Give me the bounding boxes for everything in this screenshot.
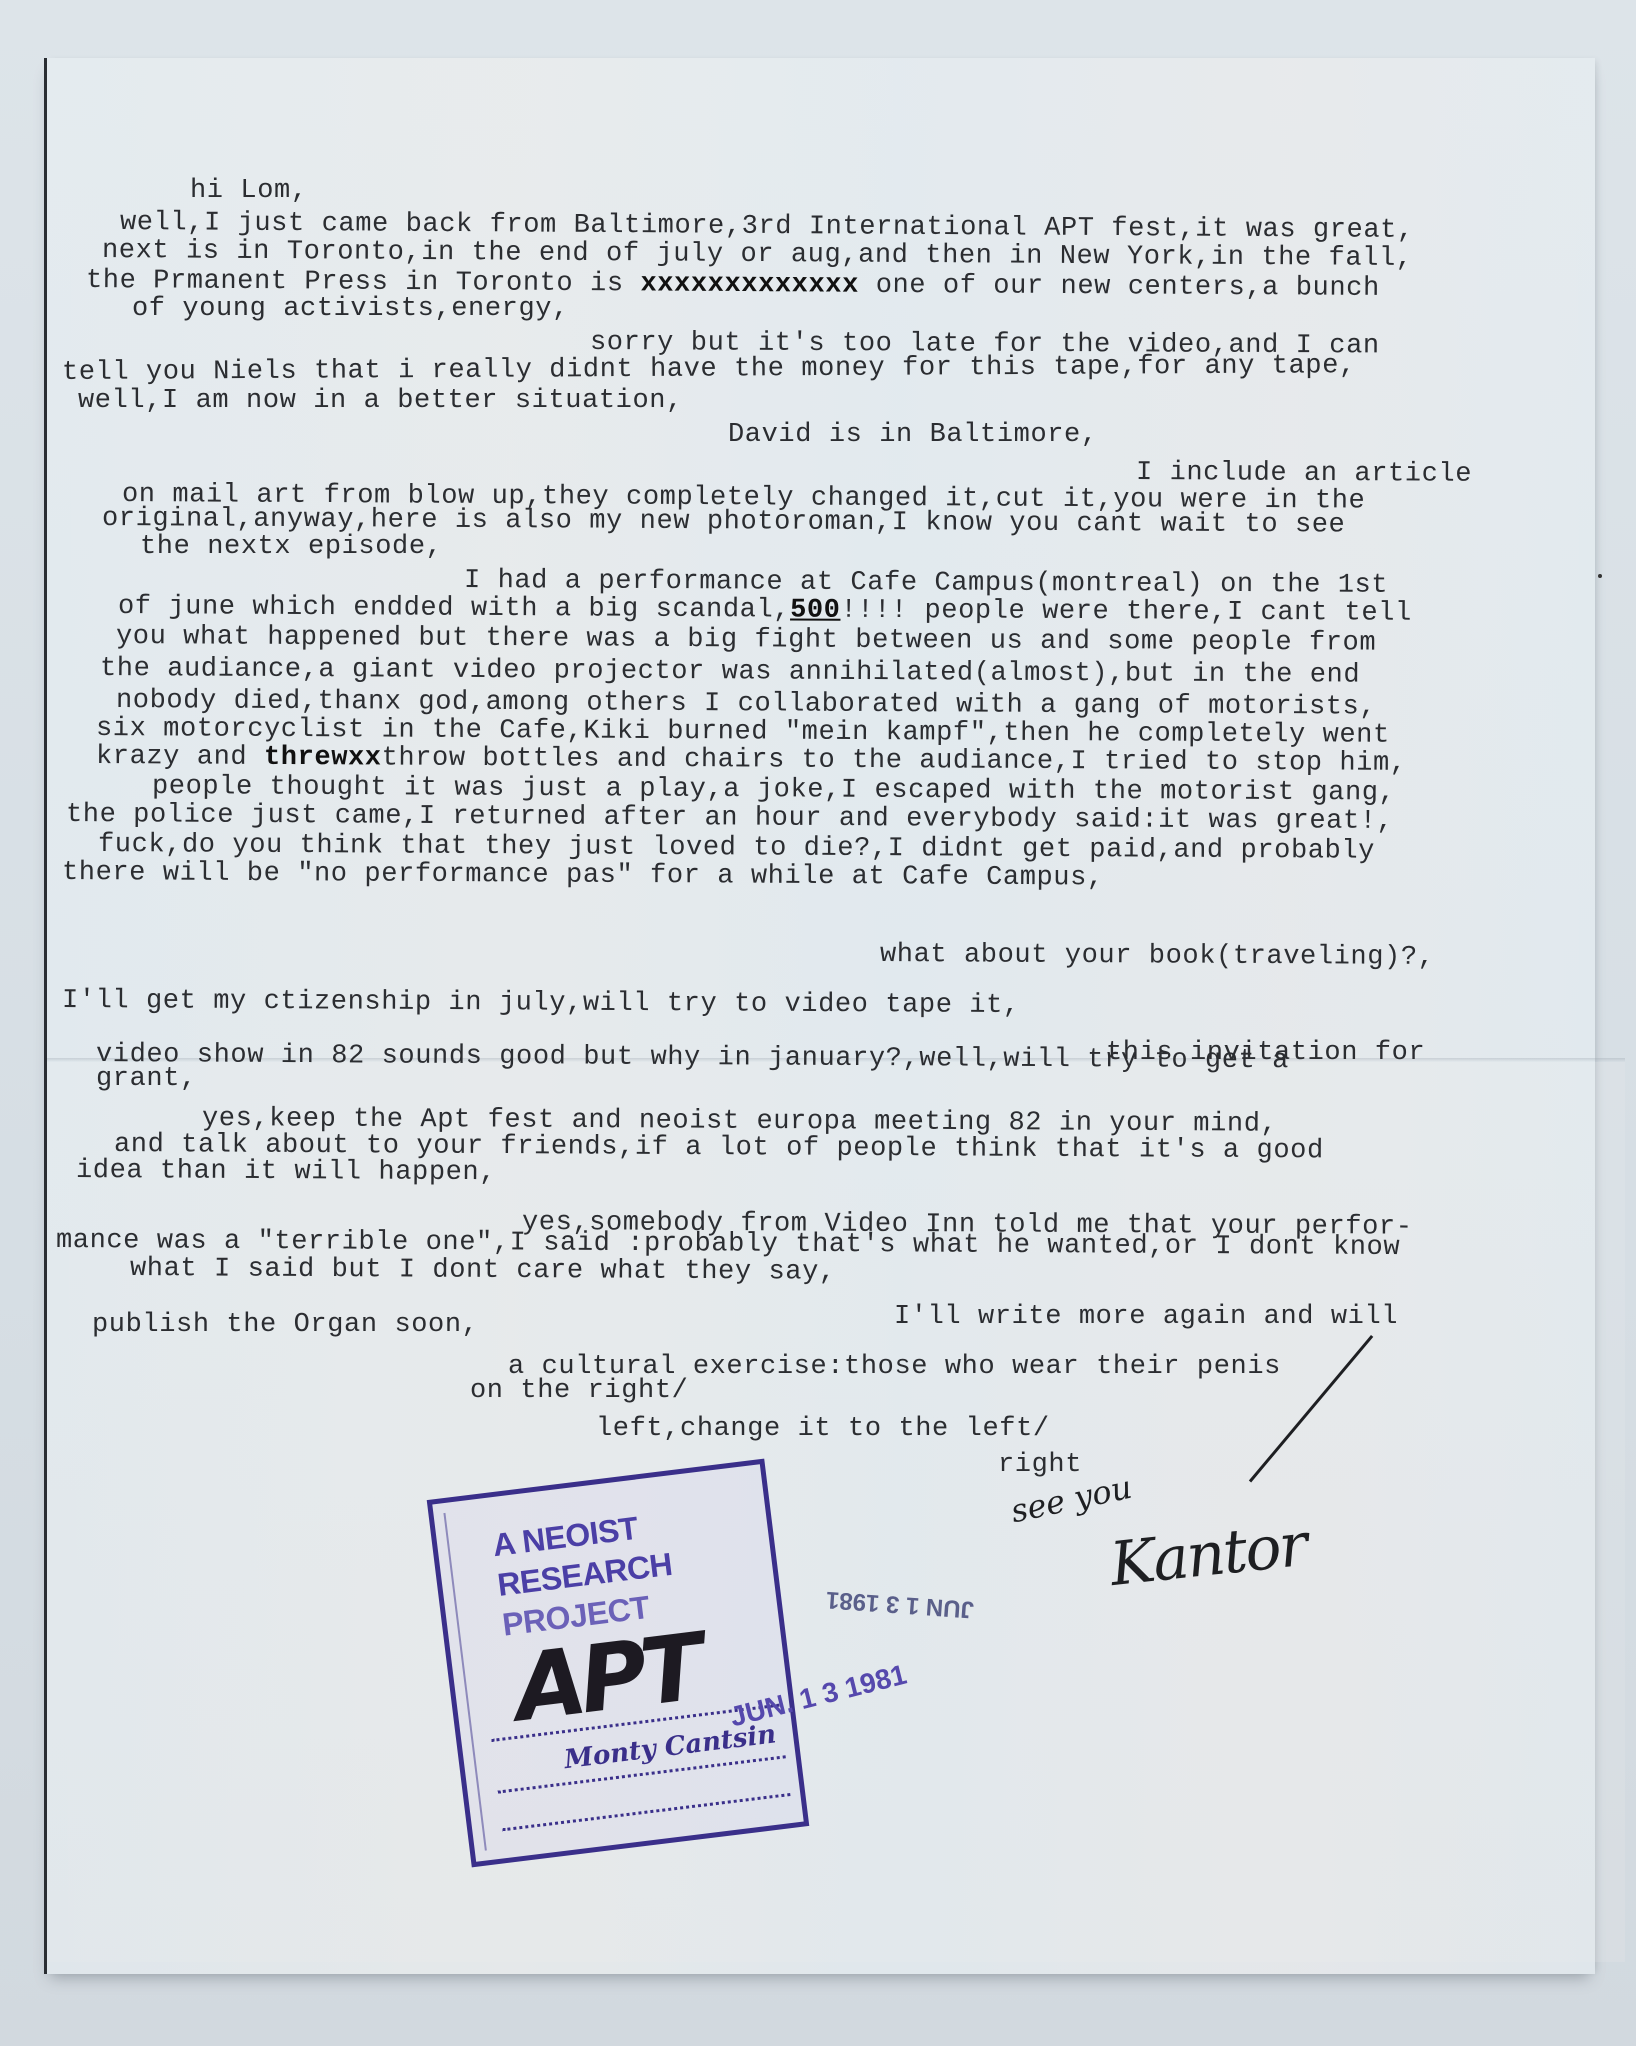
neoist-stamp: A NEOIST RESEARCH PROJECT APT Monty Cant… [427, 1459, 810, 1868]
struck-text: xxxxxxxxxxxxx [640, 269, 859, 300]
letter-line: publish the Organ soon, [92, 1310, 478, 1340]
fold-shade [47, 1062, 1625, 1962]
letter-line: I'll write more again and will [894, 1302, 1398, 1332]
letter-line: left,change it to the left/ [596, 1414, 1050, 1444]
text-segment: of june which endded with a big scandal, [118, 592, 790, 626]
letter-line: what I said but I dont care what they sa… [130, 1254, 836, 1288]
letter-line: the nextx episode, [140, 532, 442, 562]
letter-line: on the right/ [470, 1376, 688, 1406]
underlined-number: 500 [790, 596, 841, 626]
text-segment: one of our new centers,a bunch [859, 271, 1380, 304]
letter-line: what about your book(traveling)?, [880, 940, 1435, 973]
letter-line: right [998, 1450, 1082, 1480]
letter-line: there will be "no performance pas" for a… [62, 858, 1104, 893]
stamp-apt-text: APT [509, 1614, 704, 1743]
letter-line: of young activists,energy, [132, 294, 569, 324]
paper-mark [1598, 574, 1602, 578]
text-segment: !!!! people were there,I cant tell [840, 596, 1411, 629]
struck-text: threwxx [264, 743, 382, 774]
letter-line: idea than it will happen, [76, 1156, 496, 1188]
letter-line: I'll get my ctizenship in july,will try … [62, 986, 1020, 1021]
text-segment: krazy and [96, 742, 264, 773]
letter-line: David is in Baltimore, [728, 420, 1098, 450]
salutation: hi Lom, [190, 176, 308, 206]
letter-line: grant, [96, 1064, 197, 1094]
letter-line: video show in 82 sounds good but why in … [96, 1040, 1289, 1076]
letter-line: well,I am now in a better situation, [78, 386, 683, 416]
